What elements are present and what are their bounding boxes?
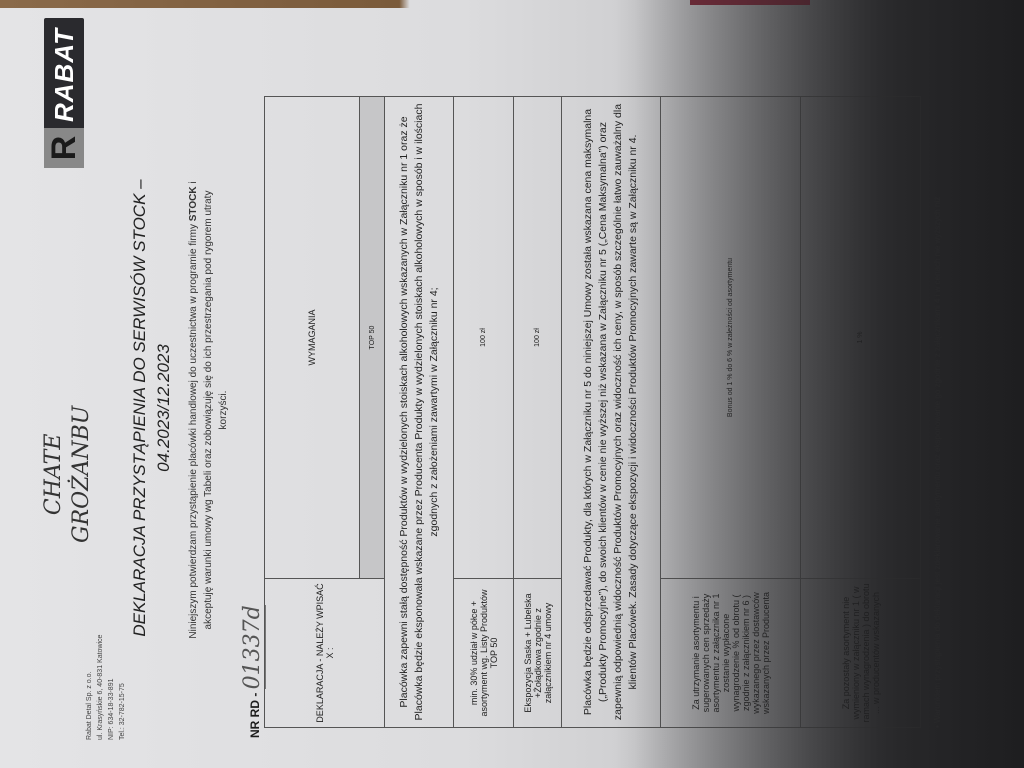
nr-rd-value[interactable]: 01337d (240, 605, 266, 689)
nr-rd-label: NR RD - (248, 693, 262, 738)
table-row: min. 30% udział w półce + asortyment wg.… (454, 97, 514, 728)
row-label: min. 30% udział w półce + asortyment wg.… (454, 579, 514, 728)
company-name: Rabat Detal Sp. z o.o. (84, 635, 95, 740)
logo-letter-icon: R (44, 128, 84, 168)
logo-brand: RABAT (49, 28, 80, 128)
top50-header: TOP 50 (360, 97, 385, 579)
other-assortment-value: 1 % (801, 97, 921, 579)
other-assortment-label: Za pozostały asortyment nie wymieniony w… (801, 579, 921, 728)
row-label: Ekspozycja Saska + Lubelska +Żołądkowa z… (514, 579, 562, 728)
footnote: • Warunkiem przystąpienia do deklaracji … (932, 108, 944, 728)
handwritten-store-name: CHATE GROŻANBU (40, 406, 96, 543)
bonus-label: Za utrzymanie asortymentu i sugerowanych… (661, 579, 801, 728)
requirements-header: WYMAGANIA (265, 97, 360, 579)
availability-requirement: Placówka zapewni stałą dostępność Produk… (385, 97, 454, 728)
intro-paragraph: Niniejszym potwierdzam przystąpienie pla… (186, 180, 231, 640)
company-address: ul. Krasyńskie 6, 40-831 Katowice (95, 635, 106, 740)
intro-brand: STOCK (188, 186, 199, 221)
document-page: R RABAT Rabat Detal Sp. z o.o. ul. Krasy… (0, 0, 1024, 768)
declaration-table: DEKLARACJA - NALEŻY WPISAĆ X : WYMAGANIA… (264, 96, 921, 728)
bonus-value: Bonus od 1 % do 6 % w zależności od asor… (661, 97, 801, 579)
company-tel: Tel.: 32-782-15-75 (117, 635, 128, 740)
promo-requirement: Placówka będzie odsprzedawać Produkty, d… (562, 97, 661, 728)
company-info: Rabat Detal Sp. z o.o. ul. Krasyńskie 6,… (84, 635, 128, 740)
table-row: Ekspozycja Saska + Lubelska +Żołądkowa z… (514, 97, 562, 728)
company-nip: NIP: 634-18-33-891 (106, 635, 117, 740)
row-value: 100 zł (454, 97, 514, 579)
row-value: 100 zł (514, 97, 562, 579)
rabat-logo: R RABAT (44, 18, 84, 168)
nr-rd-field: NR RD - 01337d (240, 605, 266, 738)
table-row: Za pozostały asortyment nie wymieniony w… (801, 97, 921, 728)
declaration-header: DEKLARACJA - NALEŻY WPISAĆ X : (265, 579, 385, 728)
document-title: DEKLARACJA PRZYSTĄPIENIA DO SERWISÓW STO… (128, 168, 176, 648)
table-row-header: DEKLARACJA - NALEŻY WPISAĆ X : WYMAGANIA (265, 97, 360, 728)
table-row: Za utrzymanie asortymentu i sugerowanych… (661, 97, 801, 728)
